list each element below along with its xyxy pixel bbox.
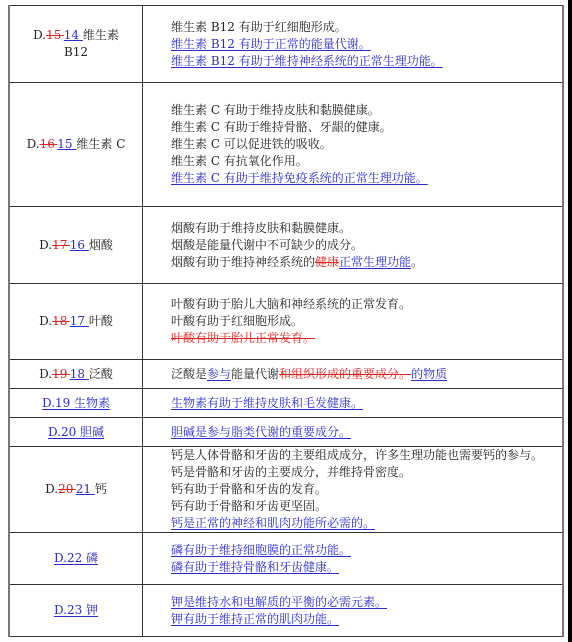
inserted-number: 14 [64, 28, 79, 42]
table-row: D.19 18 泛酸泛酸是参与能量代谢和组织形成的重要成分。的物质 [9, 360, 563, 389]
claims-cell: 维生素 C 有助于维持皮肤和黏膜健康。维生素 C 有助于维持骨骼、牙龈的健康。维… [143, 83, 564, 207]
claim-line: 烟酸有助于维持皮肤和黏膜健康。 [171, 220, 562, 237]
table-row: D.23 钾钾是维持水和电解质的平衡的必需元素。钾有助于维持正常的肌肉功能。 [9, 585, 563, 637]
inserted-text: 的物质 [411, 367, 447, 381]
nutrient-label-cell: D.19 生物素 [9, 389, 143, 418]
nutrient-label-inserted: D.22 磷 [54, 551, 98, 565]
table-row: D.20 胆碱胆碱是参与脂类代谢的重要成分。 [9, 418, 563, 447]
claim-text: 烟酸有助于维持神经系统的 [171, 255, 315, 269]
nutrient-name: 烟酸 [89, 238, 113, 252]
inserted-text: 维生素 B12 有助于维持神经系统的正常生理功能。 [171, 54, 443, 68]
claim-line: 维生素 C 有助于维持皮肤和黏膜健康。 [171, 102, 562, 119]
nutrient-name: 钙 [95, 482, 107, 496]
inserted-number: 18 [70, 367, 85, 381]
claim-line: 维生素 C 有助于维持骨骼、牙龈的健康。 [171, 119, 562, 136]
table-row: D.20 21 钙钙是人体骨骼和牙齿的主要组成成分，许多生理功能也需要钙的参与。… [9, 447, 563, 533]
deleted-number: 16 [40, 137, 55, 151]
claims-cell: 维生素 B12 有助于红细胞形成。维生素 B12 有助于正常的能量代谢。维生素 … [143, 6, 564, 83]
claim-line: 维生素 B12 有助于维持神经系统的正常生理功能。 [171, 53, 562, 70]
deleted-text: 和组织形成的重要成分。 [279, 367, 411, 381]
nutrient-label-cell: D.17 16 烟酸 [9, 207, 143, 284]
label-prefix: D. [39, 238, 52, 252]
deleted-number: 17 [52, 238, 67, 252]
claim-line: 烟酸有助于维持神经系统的健康正常生理功能。 [171, 254, 562, 271]
table-row: D.16 15 维生素 C维生素 C 有助于维持皮肤和黏膜健康。维生素 C 有助… [9, 83, 563, 207]
nutrient-name: 叶酸 [89, 314, 113, 328]
claim-line: 胆碱是参与脂类代谢的重要成分。 [171, 424, 562, 441]
nutrient-label-cell: D.20 胆碱 [9, 418, 143, 447]
nutrient-name: 维生素 C [76, 137, 125, 151]
nutrient-label-inserted: D.20 胆碱 [48, 425, 104, 439]
nutrient-label-cell: D.22 磷 [9, 533, 143, 585]
claims-cell: 磷有助于维持细胞膜的正常功能。磷有助于维持骨骼和牙齿健康。 [143, 533, 564, 585]
claim-line: 磷有助于维持骨骼和牙齿健康。 [171, 559, 562, 576]
claim-text: 维生素 C 有抗氧化作用。 [171, 154, 308, 168]
table-row: D.19 生物素生物素有助于维持皮肤和毛发健康。 [9, 389, 563, 418]
table-row: D.15 14 维生素B12维生素 B12 有助于红细胞形成。维生素 B12 有… [9, 6, 563, 83]
label-prefix: D. [39, 314, 52, 328]
claim-line: 磷有助于维持细胞膜的正常功能。 [171, 542, 562, 559]
right-edge-strip [568, 0, 572, 642]
inserted-number: 16 [70, 238, 85, 252]
claim-line: 维生素 C 可以促进铁的吸收。 [171, 136, 562, 153]
claims-cell: 钾是维持水和电解质的平衡的必需元素。钾有助于维持正常的肌肉功能。 [143, 585, 564, 637]
deleted-text: 叶酸有助于胎儿正常发育。 [171, 331, 315, 345]
claim-text: 维生素 B12 有助于红细胞形成。 [171, 20, 347, 34]
claim-text: 叶酸有助于胎儿大脑和神经系统的正常发育。 [171, 297, 411, 311]
claim-line: 维生素 B12 有助于红细胞形成。 [171, 19, 562, 36]
claim-text: 钙是人体骨骼和牙齿的主要组成成分，许多生理功能也需要钙的参与。 [171, 448, 543, 462]
inserted-text: 钾有助于维持正常的肌肉功能。 [171, 612, 339, 626]
deleted-number: 20 [58, 482, 73, 496]
label-prefix: D. [33, 28, 46, 42]
deleted-number: 18 [52, 314, 67, 328]
inserted-text: 钾是维持水和电解质的平衡的必需元素。 [171, 595, 387, 609]
deleted-text: 健康 [315, 255, 339, 269]
claim-text: 钙有助于骨骼和牙齿更坚固。 [171, 499, 327, 513]
claim-line: 维生素 C 有助于维持免疫系统的正常生理功能。 [171, 170, 562, 187]
nutrient-name: 泛酸 [89, 367, 113, 381]
claim-line: 泛酸是参与能量代谢和组织形成的重要成分。的物质 [171, 366, 562, 383]
nutrient-name-line2: B12 [64, 45, 88, 59]
inserted-number: 17 [70, 314, 85, 328]
nutrient-name: 维生素 [83, 28, 119, 42]
claims-cell: 胆碱是参与脂类代谢的重要成分。 [143, 418, 564, 447]
deleted-number: 15 [46, 28, 61, 42]
claim-text: 烟酸有助于维持皮肤和黏膜健康。 [171, 221, 351, 235]
deleted-number: 19 [52, 367, 67, 381]
claim-text: 钙有助于骨骼和牙齿的发育。 [171, 482, 327, 496]
nutrient-label-cell: D.18 17 叶酸 [9, 284, 143, 360]
claim-line: 钾有助于维持正常的肌肉功能。 [171, 611, 562, 628]
label-prefix: D. [27, 137, 40, 151]
claim-line: 维生素 B12 有助于正常的能量代谢。 [171, 36, 562, 53]
inserted-text: 维生素 C 有助于维持免疫系统的正常生理功能。 [171, 171, 428, 185]
claim-text: 叶酸有助于红细胞形成。 [171, 314, 303, 328]
nutrient-label-cell: D.23 钾 [9, 585, 143, 637]
nutrient-label-inserted: D.19 生物素 [42, 396, 110, 410]
table-body: D.15 14 维生素B12维生素 B12 有助于红细胞形成。维生素 B12 有… [9, 6, 563, 637]
inserted-text: 正常生理功能 [339, 255, 411, 269]
inserted-text: 生物素有助于维持皮肤和毛发健康。 [171, 396, 363, 410]
claim-line: 生物素有助于维持皮肤和毛发健康。 [171, 395, 562, 412]
nutrient-label-cell: D.19 18 泛酸 [9, 360, 143, 389]
claims-cell: 泛酸是参与能量代谢和组织形成的重要成分。的物质 [143, 360, 564, 389]
claims-cell: 烟酸有助于维持皮肤和黏膜健康。烟酸是能量代谢中不可缺少的成分。烟酸有助于维持神经… [143, 207, 564, 284]
label-prefix: D. [39, 367, 52, 381]
claim-text: 维生素 C 有助于维持骨骼、牙龈的健康。 [171, 120, 392, 134]
claim-line: 钙是骨骼和牙齿的主要成分，并维持骨密度。 [171, 464, 562, 481]
nutrient-label-cell: D.15 14 维生素B12 [9, 6, 143, 83]
table-row: D.18 17 叶酸叶酸有助于胎儿大脑和神经系统的正常发育。叶酸有助于红细胞形成… [9, 284, 563, 360]
claims-cell: 钙是人体骨骼和牙齿的主要组成成分，许多生理功能也需要钙的参与。钙是骨骼和牙齿的主… [143, 447, 564, 533]
claim-line: 钙是人体骨骼和牙齿的主要组成成分，许多生理功能也需要钙的参与。 [171, 447, 562, 464]
nutrient-label-inserted: D.23 钾 [54, 603, 98, 617]
inserted-text: 参与 [207, 367, 231, 381]
claim-text: 烟酸是能量代谢中不可缺少的成分。 [171, 238, 363, 252]
inserted-number: 21 [76, 482, 91, 496]
nutrient-claims-table: D.15 14 维生素B12维生素 B12 有助于红细胞形成。维生素 B12 有… [8, 5, 564, 637]
nutrient-label-cell: D.16 15 维生素 C [9, 83, 143, 207]
claim-line: 叶酸有助于红细胞形成。 [171, 313, 562, 330]
inserted-text: 维生素 B12 有助于正常的能量代谢。 [171, 37, 371, 51]
claim-line: 叶酸有助于胎儿正常发育。 [171, 330, 562, 347]
claim-line: 钙是正常的神经和肌肉功能所必需的。 [171, 515, 562, 532]
nutrient-label-cell: D.20 21 钙 [9, 447, 143, 533]
claim-text: 维生素 C 有助于维持皮肤和黏膜健康。 [171, 103, 380, 117]
claims-cell: 叶酸有助于胎儿大脑和神经系统的正常发育。叶酸有助于红细胞形成。叶酸有助于胎儿正常… [143, 284, 564, 360]
claim-line: 钙有助于骨骼和牙齿的发育。 [171, 481, 562, 498]
claim-text: 泛酸是 [171, 367, 207, 381]
claim-text: 钙是骨骼和牙齿的主要成分，并维持骨密度。 [171, 465, 411, 479]
claim-text: 维生素 C 可以促进铁的吸收。 [171, 137, 332, 151]
table-row: D.22 磷磷有助于维持细胞膜的正常功能。磷有助于维持骨骼和牙齿健康。 [9, 533, 563, 585]
claim-line: 维生素 C 有抗氧化作用。 [171, 153, 562, 170]
claim-line: 钾是维持水和电解质的平衡的必需元素。 [171, 594, 562, 611]
claim-line: 烟酸是能量代谢中不可缺少的成分。 [171, 237, 562, 254]
label-prefix: D. [45, 482, 58, 496]
claim-line: 叶酸有助于胎儿大脑和神经系统的正常发育。 [171, 296, 562, 313]
inserted-text: 胆碱是参与脂类代谢的重要成分。 [171, 425, 351, 439]
inserted-text: 钙是正常的神经和肌肉功能所必需的。 [171, 516, 375, 530]
inserted-text: 磷有助于维持细胞膜的正常功能。 [171, 543, 351, 557]
claim-text: 。 [411, 255, 423, 269]
claim-text: 能量代谢 [231, 367, 279, 381]
inserted-number: 15 [57, 137, 72, 151]
table-row: D.17 16 烟酸烟酸有助于维持皮肤和黏膜健康。烟酸是能量代谢中不可缺少的成分… [9, 207, 563, 284]
claim-line: 钙有助于骨骼和牙齿更坚固。 [171, 498, 562, 515]
inserted-text: 磷有助于维持骨骼和牙齿健康。 [171, 560, 339, 574]
claims-cell: 生物素有助于维持皮肤和毛发健康。 [143, 389, 564, 418]
